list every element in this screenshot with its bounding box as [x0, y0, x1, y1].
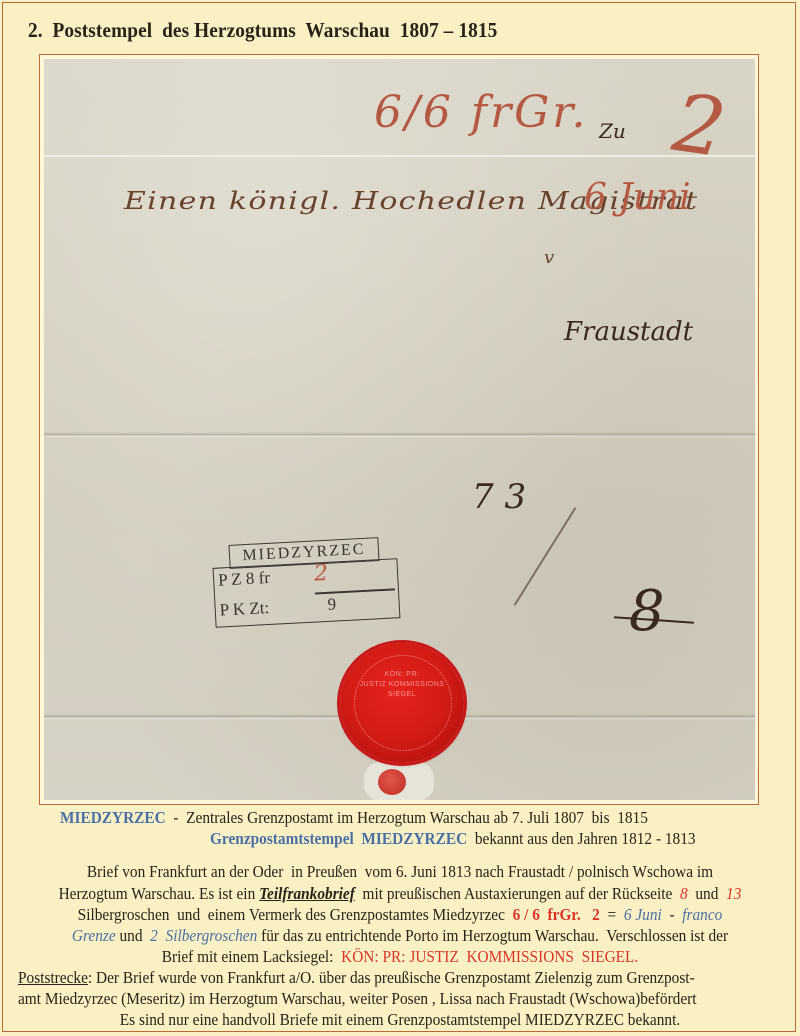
rate-6-6-frgr: 6 / 6 frGr.: [513, 905, 581, 924]
text: und: [688, 884, 726, 903]
seal-text-line3: SIEGEL: [340, 691, 464, 698]
handwritten-date: 6 Juni: [584, 177, 691, 218]
route-line-2: amt Miedzyrzec (Meseritz) im Herzogtum W…: [18, 989, 697, 1009]
handwritten-small-mark: v: [544, 247, 554, 268]
description-line-1: Brief von Frankfurt an der Oder in Preuß…: [28, 862, 772, 882]
postmark-divider: [315, 588, 395, 594]
description-line-5: Brief mit einem Lacksiegel: KÖN: PR: JUS…: [28, 947, 772, 967]
seal-text-line2: JUSTIZ KOMMISSIONS: [340, 681, 464, 688]
seal-text-line1: KÖN: PR:: [340, 671, 464, 678]
date-6-juni: 6 Juni: [624, 905, 662, 924]
handwritten-rate-6-6-frgr: 6/6 frGr.: [374, 87, 588, 138]
seal-inscription: KÖN: PR: JUSTIZ KOMMISSIONS SIEGEL.: [341, 947, 638, 966]
paper-fold: [44, 432, 755, 438]
caption-text-2: bekannt aus den Jahren 1812 - 1813: [467, 829, 695, 848]
pen-stroke: [514, 507, 577, 606]
route-line-1: Poststrecke: Der Brief wurde von Frankfu…: [18, 968, 695, 988]
red-wax-seal: KÖN: PR: JUSTIZ KOMMISSIONS SIEGEL: [340, 643, 464, 763]
handwritten-rate-upper: 7 3: [472, 477, 526, 517]
rate-2: 2: [581, 905, 600, 924]
term-franco: franco: [682, 905, 722, 924]
postmark-rate-box: P Z 8 fr 2 P K Zt: 9: [213, 558, 401, 628]
handwritten-zu: Zu: [599, 119, 626, 143]
description-line-2: Herzogtum Warschau. Es ist ein Teilfrank…: [28, 884, 772, 904]
seal-dotted-ring: [354, 655, 452, 751]
paper-crease: [44, 155, 755, 157]
postmark-row1-label: P Z 8 fr: [218, 568, 271, 591]
description-line-3: Silbergroschen und einem Vermerk des Gre…: [28, 905, 772, 925]
wax-drop: [378, 769, 406, 795]
caption-stamp-label: Grenzpostamtstempel MIEDZYRZEC: [210, 829, 467, 848]
page-title: 2. Poststempel des Herzogtums Warschau 1…: [28, 18, 497, 43]
term-2-silbergroschen: 2 Silbergroschen: [150, 926, 257, 945]
postmark-row2-value: 9: [327, 594, 337, 614]
term-teilfrankobrief: Teilfrankobrief: [259, 884, 355, 903]
rate-13: 13: [726, 884, 741, 903]
description-line-4: Grenze und 2 Silbergroschen für das zu e…: [28, 926, 772, 946]
term-grenze: Grenze: [72, 926, 116, 945]
text: : Der Brief wurde von Frankfurt a/O. übe…: [88, 968, 695, 987]
text: =: [600, 905, 624, 924]
text: Silbergroschen und einem Vermerk des Gre…: [78, 905, 513, 924]
handwritten-rate-lower: 8: [629, 579, 665, 644]
caption-line-2: Grenzpostamtstempel MIEDZYRZEC bekannt a…: [210, 829, 696, 849]
route-line-3: Es sind nur eine handvoll Briefe mit ein…: [28, 1010, 772, 1030]
postmark-row2-label: P K Zt:: [219, 598, 269, 621]
handwritten-destination: Fraustadt: [564, 317, 693, 347]
caption-text-1: - Zentrales Grenzpostamt im Herzogtum Wa…: [166, 808, 648, 827]
caption-line-1: MIEDZYRZEC - Zentrales Grenzpostamt im H…: [60, 808, 648, 828]
letter-cover-image: 6/6 frGr. Zu 2 Einen königl. Hochedlen M…: [44, 59, 755, 800]
text: Brief mit einem Lacksiegel:: [162, 947, 341, 966]
text: -: [662, 905, 682, 924]
text: für das zu entrichtende Porto im Herzogt…: [257, 926, 728, 945]
text: Herzogtum Warschau. Es ist ein: [59, 884, 259, 903]
text: und: [116, 926, 151, 945]
postmark-row1-value: 2: [313, 561, 328, 587]
caption-place: MIEDZYRZEC: [60, 808, 166, 827]
text: mit preußischen Austaxierungen auf der R…: [355, 884, 680, 903]
handwritten-red-2: 2: [668, 76, 731, 175]
route-label: Poststrecke: [18, 968, 88, 987]
